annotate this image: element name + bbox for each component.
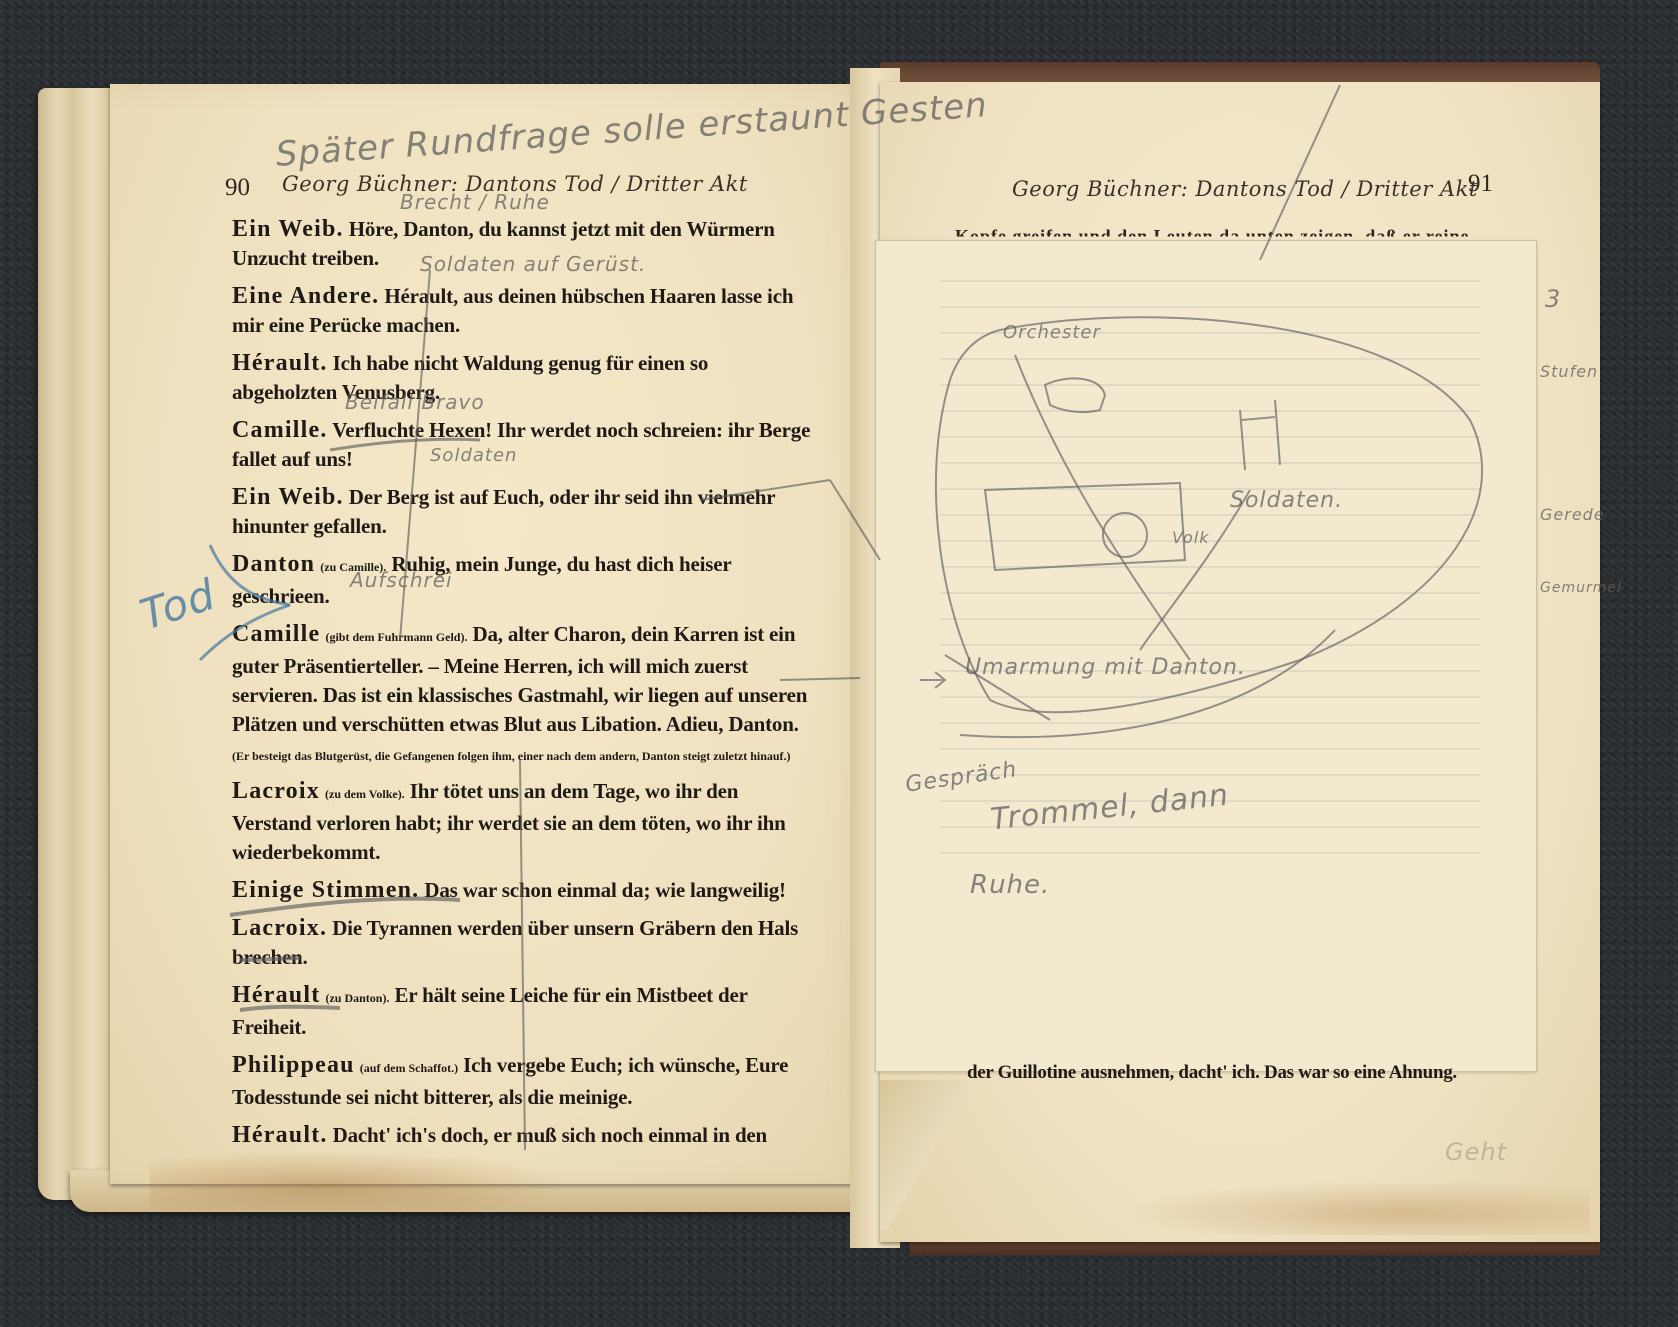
speaker-name: Hérault	[232, 982, 320, 1008]
paragraph: Hérault. Ich habe nicht Waldung genug fü…	[232, 349, 812, 407]
page-number-right: 91	[1468, 170, 1493, 198]
speaker-name: Danton	[232, 551, 315, 577]
handwritten-note: Soldaten	[430, 445, 517, 466]
speaker-name: Lacroix	[232, 778, 320, 804]
speaker-name: Lacroix.	[232, 915, 327, 941]
paragraph: Camille (gibt dem Fuhrmann Geld). Da, al…	[232, 620, 812, 768]
paragraph: Eine Andere. Hérault, aus deinen hübsche…	[232, 282, 812, 340]
margin-note: Gerede	[1540, 505, 1605, 524]
left-page-text: Ein Weib. Höre, Danton, du kannst jetzt …	[232, 215, 812, 1159]
sketch-label: Volk	[1172, 528, 1210, 547]
margin-note: Geht	[1445, 1138, 1507, 1166]
water-stain	[150, 1150, 570, 1210]
margin-note: Stufen	[1540, 362, 1598, 381]
water-stain	[1120, 1180, 1590, 1235]
paragraph: Einige Stimmen. Das war schon einmal da;…	[232, 876, 812, 905]
sketch-label: Orchester	[1003, 322, 1101, 343]
speaker-name: Camille	[232, 621, 320, 647]
running-head-right: Georg Büchner: Dantons Tod / Dritter Akt	[1012, 177, 1478, 201]
stage-direction: (auf dem Schaffot.)	[360, 1061, 458, 1075]
sketch-label: Umarmung mit Danton.	[965, 655, 1246, 680]
speaker-name: Ein Weib.	[232, 216, 344, 242]
paragraph: Philippeau (auf dem Schaffot.) Ich verge…	[232, 1051, 812, 1112]
paragraph: Ein Weib. Der Berg ist auf Euch, oder ih…	[232, 483, 812, 541]
folded-corner	[880, 1080, 1000, 1230]
stage-direction: (gibt dem Fuhrmann Geld).	[325, 630, 467, 644]
handwritten-note: Brecht / Ruhe	[400, 190, 550, 214]
stage-direction: (zu Danton).	[325, 991, 389, 1005]
paragraph: Hérault (zu Danton). Er hält seine Leich…	[232, 981, 812, 1042]
handwritten-note: Beifall Bravo	[345, 390, 485, 414]
margin-note: 3	[1545, 285, 1561, 313]
paragraph: Lacroix. Die Tyrannen werden über unsern…	[232, 914, 812, 972]
dialogue-text: Dacht' ich's doch, er muß sich noch einm…	[333, 1123, 767, 1147]
speaker-name: Hérault.	[232, 1122, 328, 1148]
speaker-name: Hérault.	[232, 350, 328, 376]
paragraph: Danton (zu Camille). Ruhig, mein Junge, …	[232, 550, 812, 611]
paragraph: Hérault. Dacht' ich's doch, er muß sich …	[232, 1121, 812, 1150]
page-number-left: 90	[225, 174, 250, 202]
handwritten-note: Ruhe.	[970, 870, 1050, 900]
open-book-scan: 90 Georg Büchner: Dantons Tod / Dritter …	[0, 0, 1678, 1327]
speaker-name: Einige Stimmen.	[232, 877, 419, 903]
speaker-name: Eine Andere.	[232, 283, 379, 309]
dialogue-text: Das war schon einmal da; wie langweilig!	[424, 878, 785, 902]
speaker-name: Ein Weib.	[232, 484, 344, 510]
handwritten-note: Aufschrei	[350, 568, 453, 592]
sketch-label: Soldaten.	[1230, 488, 1343, 513]
handwritten-note: Soldaten auf Gerüst.	[420, 252, 646, 276]
margin-note: Gemurmel	[1540, 580, 1622, 596]
paragraph: Lacroix (zu dem Volke). Ihr tötet uns an…	[232, 777, 812, 867]
stage-direction: (Er besteigt das Blutgerüst, die Gefange…	[232, 749, 791, 763]
paragraph: Camille. Verfluchte Hexen! Ihr werdet no…	[232, 416, 812, 474]
stage-direction: (zu dem Volke).	[325, 787, 405, 801]
speaker-name: Camille.	[232, 417, 328, 443]
speaker-name: Philippeau	[232, 1052, 355, 1078]
bottom-text-line: der Guillotine ausnehmen, dacht' ich. Da…	[967, 1062, 1457, 1084]
